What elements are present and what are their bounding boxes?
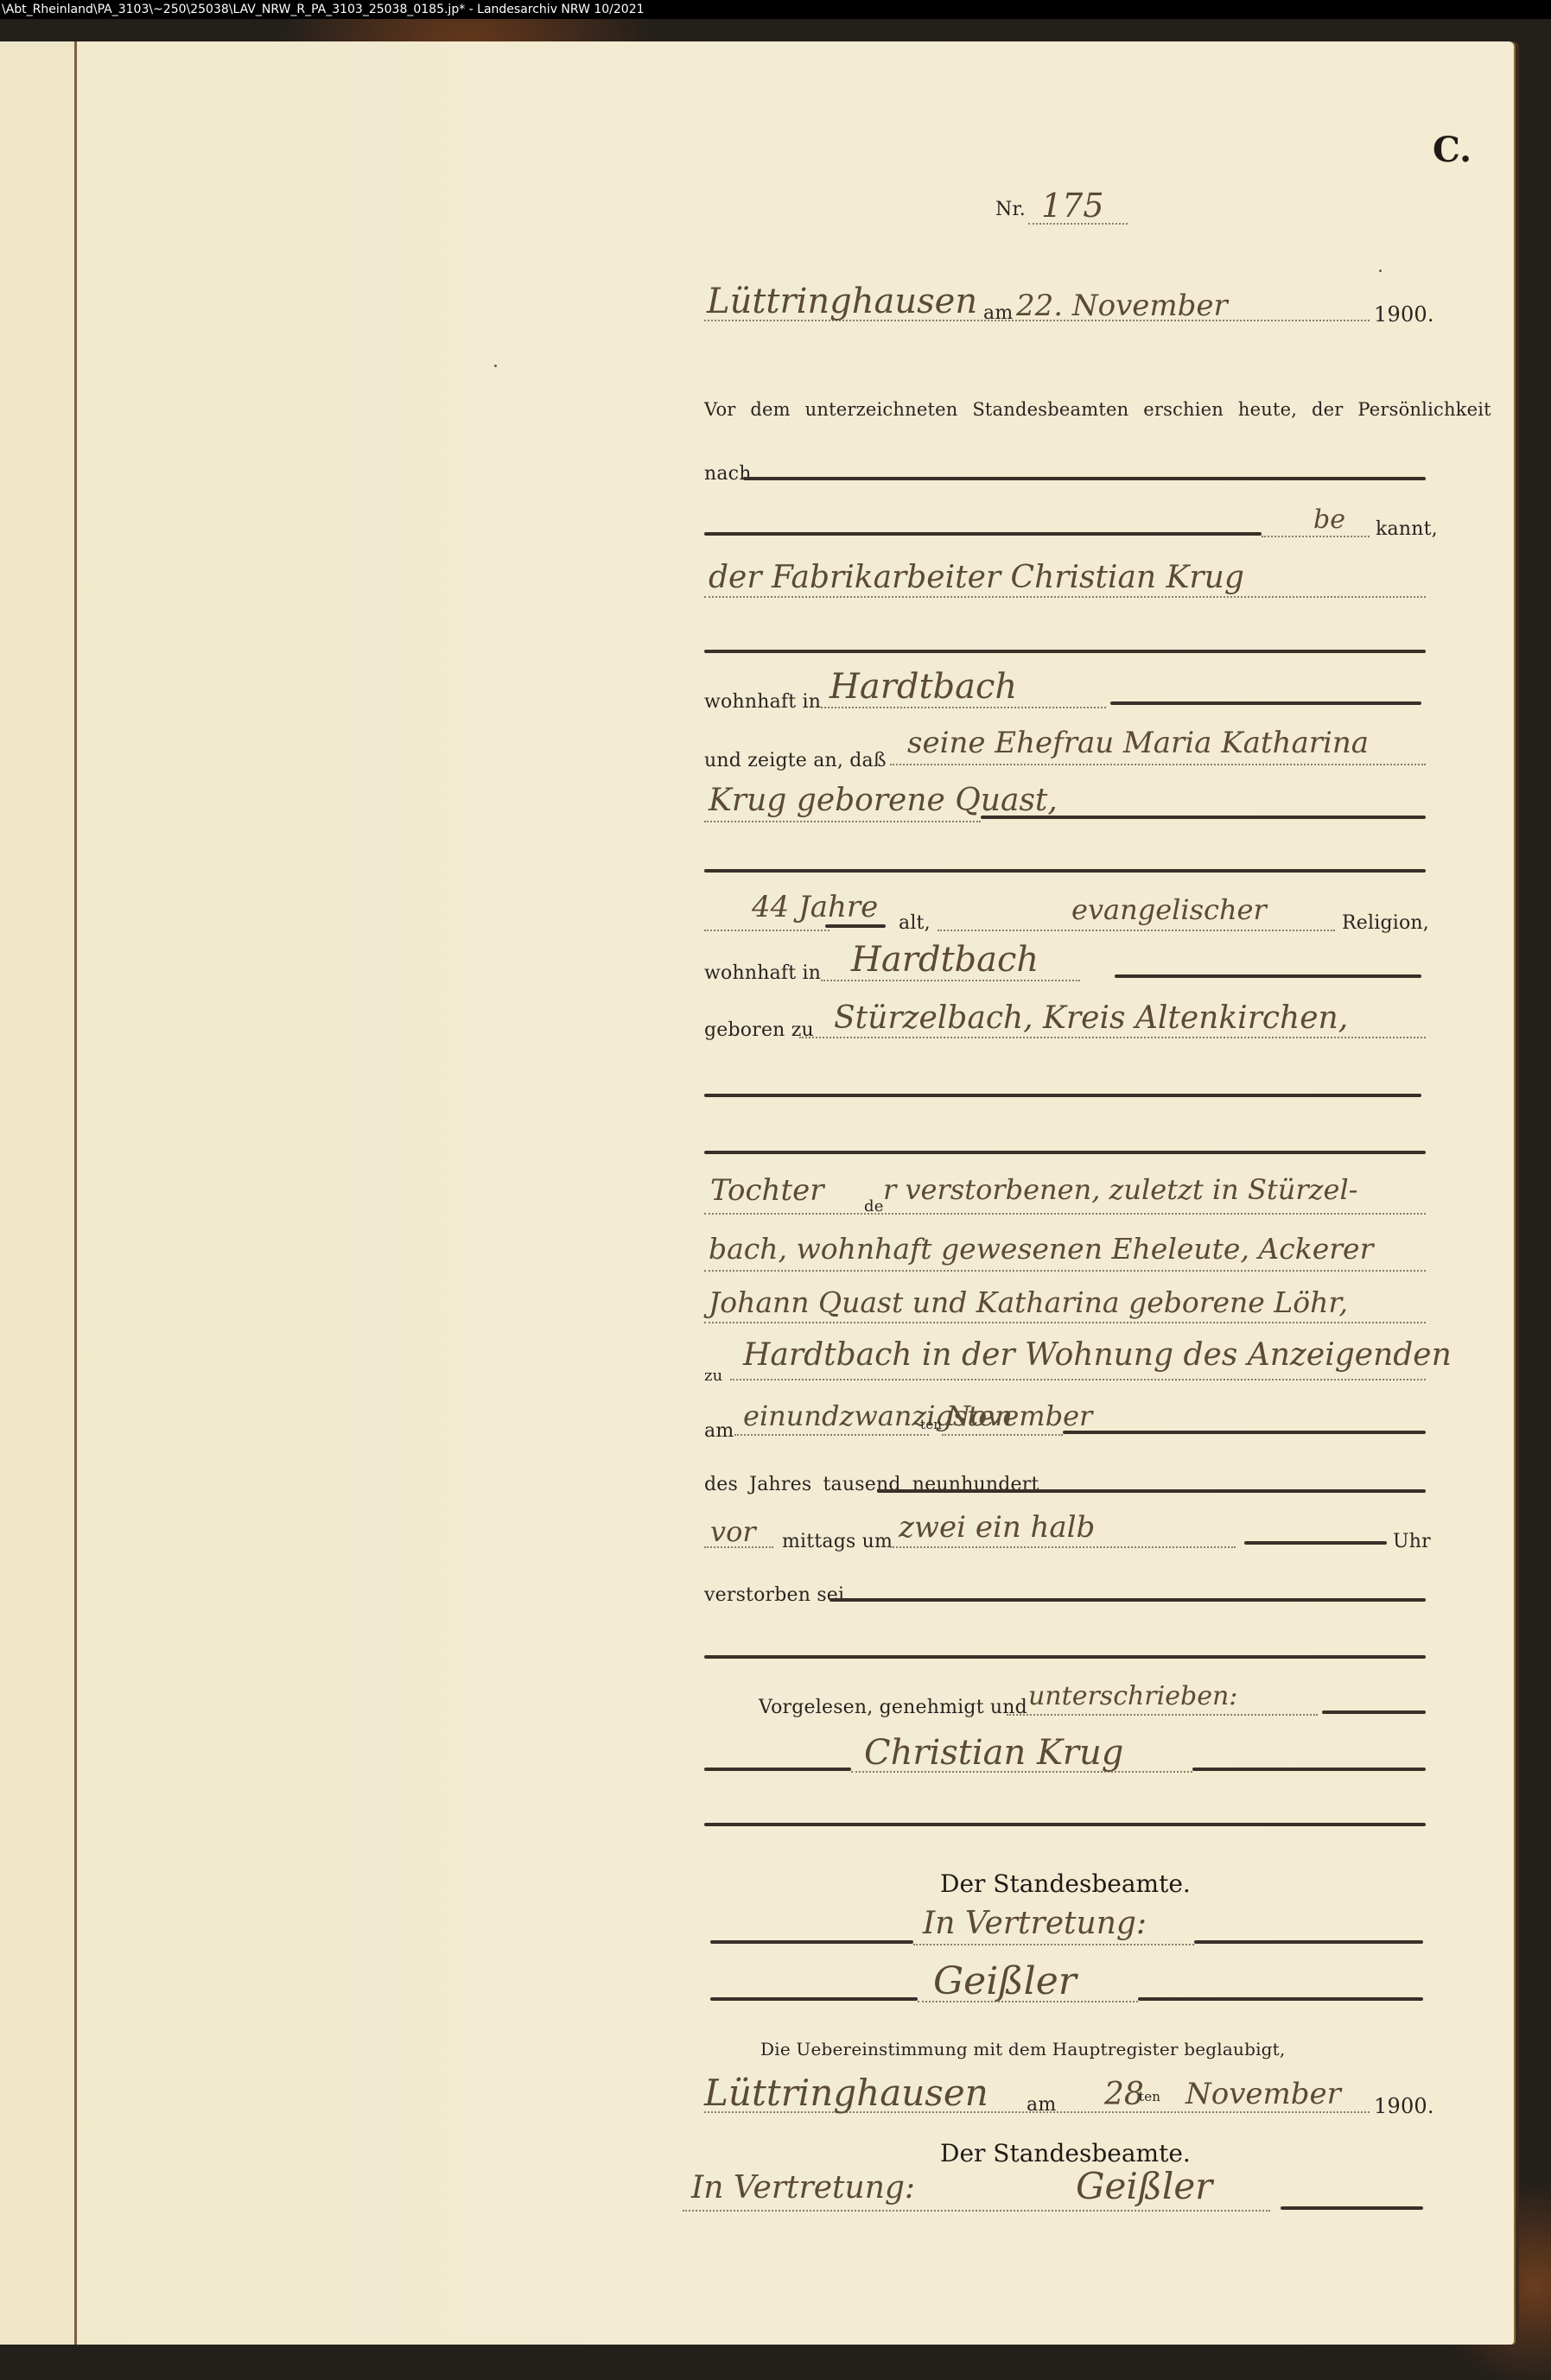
section-letter: C. xyxy=(1433,130,1472,170)
place: Lüttringhausen xyxy=(707,282,977,321)
form-dots xyxy=(704,1213,1426,1215)
certification-registrar-heading: Der Standesbeamte. xyxy=(940,2139,1191,2167)
deceased-wohnhaft-label: wohnhaft in xyxy=(704,962,821,984)
certification-month: November xyxy=(1185,2077,1341,2111)
deceased-age: 44 Jahre xyxy=(752,890,878,924)
form-rule xyxy=(704,650,1426,653)
informant-signature: Christian Krug xyxy=(864,1733,1123,1773)
binding-gutter xyxy=(74,41,77,2345)
mittags-label: mittags um xyxy=(782,1531,893,1552)
form-rule xyxy=(877,1489,1426,1493)
form-dots xyxy=(704,1322,1426,1323)
form-rule xyxy=(710,1940,913,1944)
certification-day: 28 xyxy=(1104,2077,1144,2112)
record-number: 175 xyxy=(1041,187,1104,225)
certification-signature: Geißler xyxy=(1076,2165,1212,2207)
form-dots xyxy=(704,930,830,931)
kannt-prefix: be xyxy=(1313,505,1345,535)
parents-de-label: de xyxy=(864,1197,884,1215)
parents-line-2: bach, wohnhaft gewesenen Eheleute, Acker… xyxy=(709,1232,1373,1266)
form-rule xyxy=(704,532,1262,536)
death-place: Hardtbach in der Wohnung des Anzeigenden xyxy=(743,1337,1452,1373)
wohnhaft-label: wohnhaft in xyxy=(704,691,821,713)
parents-line-1: r verstorbenen, zuletzt in Stürzel- xyxy=(883,1173,1357,1206)
form-rule xyxy=(1115,974,1421,978)
form-dots xyxy=(890,1546,1236,1548)
number-label: Nr. xyxy=(995,199,1026,220)
left-page-edge xyxy=(0,41,74,2345)
form-rule xyxy=(1192,1768,1426,1771)
form-dots xyxy=(938,930,1335,931)
form-rule xyxy=(981,816,1426,819)
form-rule xyxy=(1322,1710,1426,1714)
vor-nach-mittags: vor xyxy=(710,1515,756,1548)
deceased-line-2: Krug geborene Quast, xyxy=(709,783,1058,818)
form-rule xyxy=(704,869,1426,873)
form-dots xyxy=(821,707,1106,708)
window-title: \Abt_Rheinland\PA_3103\~250\25038\LAV_NR… xyxy=(2,3,645,16)
form-dots xyxy=(704,596,1426,598)
form-rule xyxy=(710,1997,918,2001)
form-rule xyxy=(704,1094,1421,1097)
verstorben-label: verstorben sei. xyxy=(704,1584,850,1606)
nach-label: nach xyxy=(704,463,752,485)
death-time: zwei ein halb xyxy=(899,1510,1095,1545)
certification-ten-label: ten xyxy=(1139,2089,1160,2104)
form-rule xyxy=(704,1655,1426,1659)
form-dots xyxy=(799,1037,1426,1038)
form-dots xyxy=(890,764,1426,765)
form-rule xyxy=(1194,1940,1423,1944)
form-dots xyxy=(913,1944,1194,1945)
kannt-label: kannt, xyxy=(1376,518,1438,540)
ten-label: ten xyxy=(920,1417,942,1432)
zeigte-label: und zeigte an, daß xyxy=(704,750,887,771)
deceased-religion: evangelischer xyxy=(1071,893,1267,926)
deceased-line-1: seine Ehefrau Maria Katharina xyxy=(907,726,1369,760)
intro-text: Vor dem unterzeichneten Standesbeamten e… xyxy=(704,399,1491,420)
registrar-signature: Geißler xyxy=(933,1959,1077,2003)
form-rule xyxy=(825,924,886,928)
zu-label: zu xyxy=(704,1367,722,1385)
deceased-residence: Hardtbach xyxy=(851,940,1039,980)
form-rule xyxy=(1281,2206,1423,2210)
form-dots xyxy=(821,980,1080,981)
certification-am-label: am xyxy=(1027,2094,1056,2116)
window-title-bar: \Abt_Rheinland\PA_3103\~250\25038\LAV_NR… xyxy=(0,0,1551,19)
informant-residence: Hardtbach xyxy=(830,667,1017,707)
vertretung: In Vertretung: xyxy=(923,1906,1147,1941)
certification-year: 1900. xyxy=(1374,2094,1434,2118)
form-dots xyxy=(730,1379,1426,1380)
death-month: November xyxy=(946,1399,1092,1432)
form-rule xyxy=(704,1823,1426,1826)
vorgelesen-label: Vorgelesen, genehmigt und xyxy=(759,1697,1027,1718)
form-dots xyxy=(1262,536,1370,537)
paper-speck xyxy=(1379,270,1382,272)
form-rule xyxy=(1063,1431,1426,1434)
death-am-label: am xyxy=(704,1420,734,1442)
form-dots xyxy=(683,2210,1270,2212)
form-rule xyxy=(830,1598,1426,1602)
alt-label: alt, xyxy=(899,912,931,934)
form-dots xyxy=(704,1270,1426,1272)
unterschrieben: unterschrieben: xyxy=(1028,1681,1237,1711)
form-rule xyxy=(1244,1541,1387,1545)
certification-vertretung: In Vertretung: xyxy=(691,2170,915,2205)
registration-date: 22. November xyxy=(1016,289,1228,323)
form-dots xyxy=(704,821,981,822)
form-dots xyxy=(734,1434,929,1436)
registration-year: 1900. xyxy=(1374,302,1434,327)
form-rule xyxy=(1138,1997,1423,2001)
certification-place: Lüttringhausen xyxy=(704,2072,988,2114)
certification-text: Die Uebereinstimmung mit dem Hauptregist… xyxy=(760,2039,1285,2059)
paper-speck xyxy=(494,365,497,367)
form-rule xyxy=(743,477,1426,480)
geboren-label: geboren zu xyxy=(704,1019,814,1041)
registrar-heading: Der Standesbeamte. xyxy=(940,1869,1191,1898)
parents-line-3: Johann Quast und Katharina geborene Löhr… xyxy=(709,1285,1348,1319)
form-rule xyxy=(704,1768,851,1771)
religion-label: Religion, xyxy=(1342,912,1429,934)
uhr-label: Uhr xyxy=(1393,1531,1431,1552)
am-label: am xyxy=(983,302,1013,324)
parents-prefix: Tochter xyxy=(710,1173,823,1208)
informant-name: der Fabrikarbeiter Christian Krug xyxy=(709,560,1244,595)
form-rule xyxy=(1110,701,1421,705)
form-dots xyxy=(1007,1714,1318,1716)
form-dots xyxy=(942,1434,1063,1436)
form-rule xyxy=(704,1151,1426,1154)
birthplace: Stürzelbach, Kreis Altenkirchen, xyxy=(834,1000,1348,1036)
